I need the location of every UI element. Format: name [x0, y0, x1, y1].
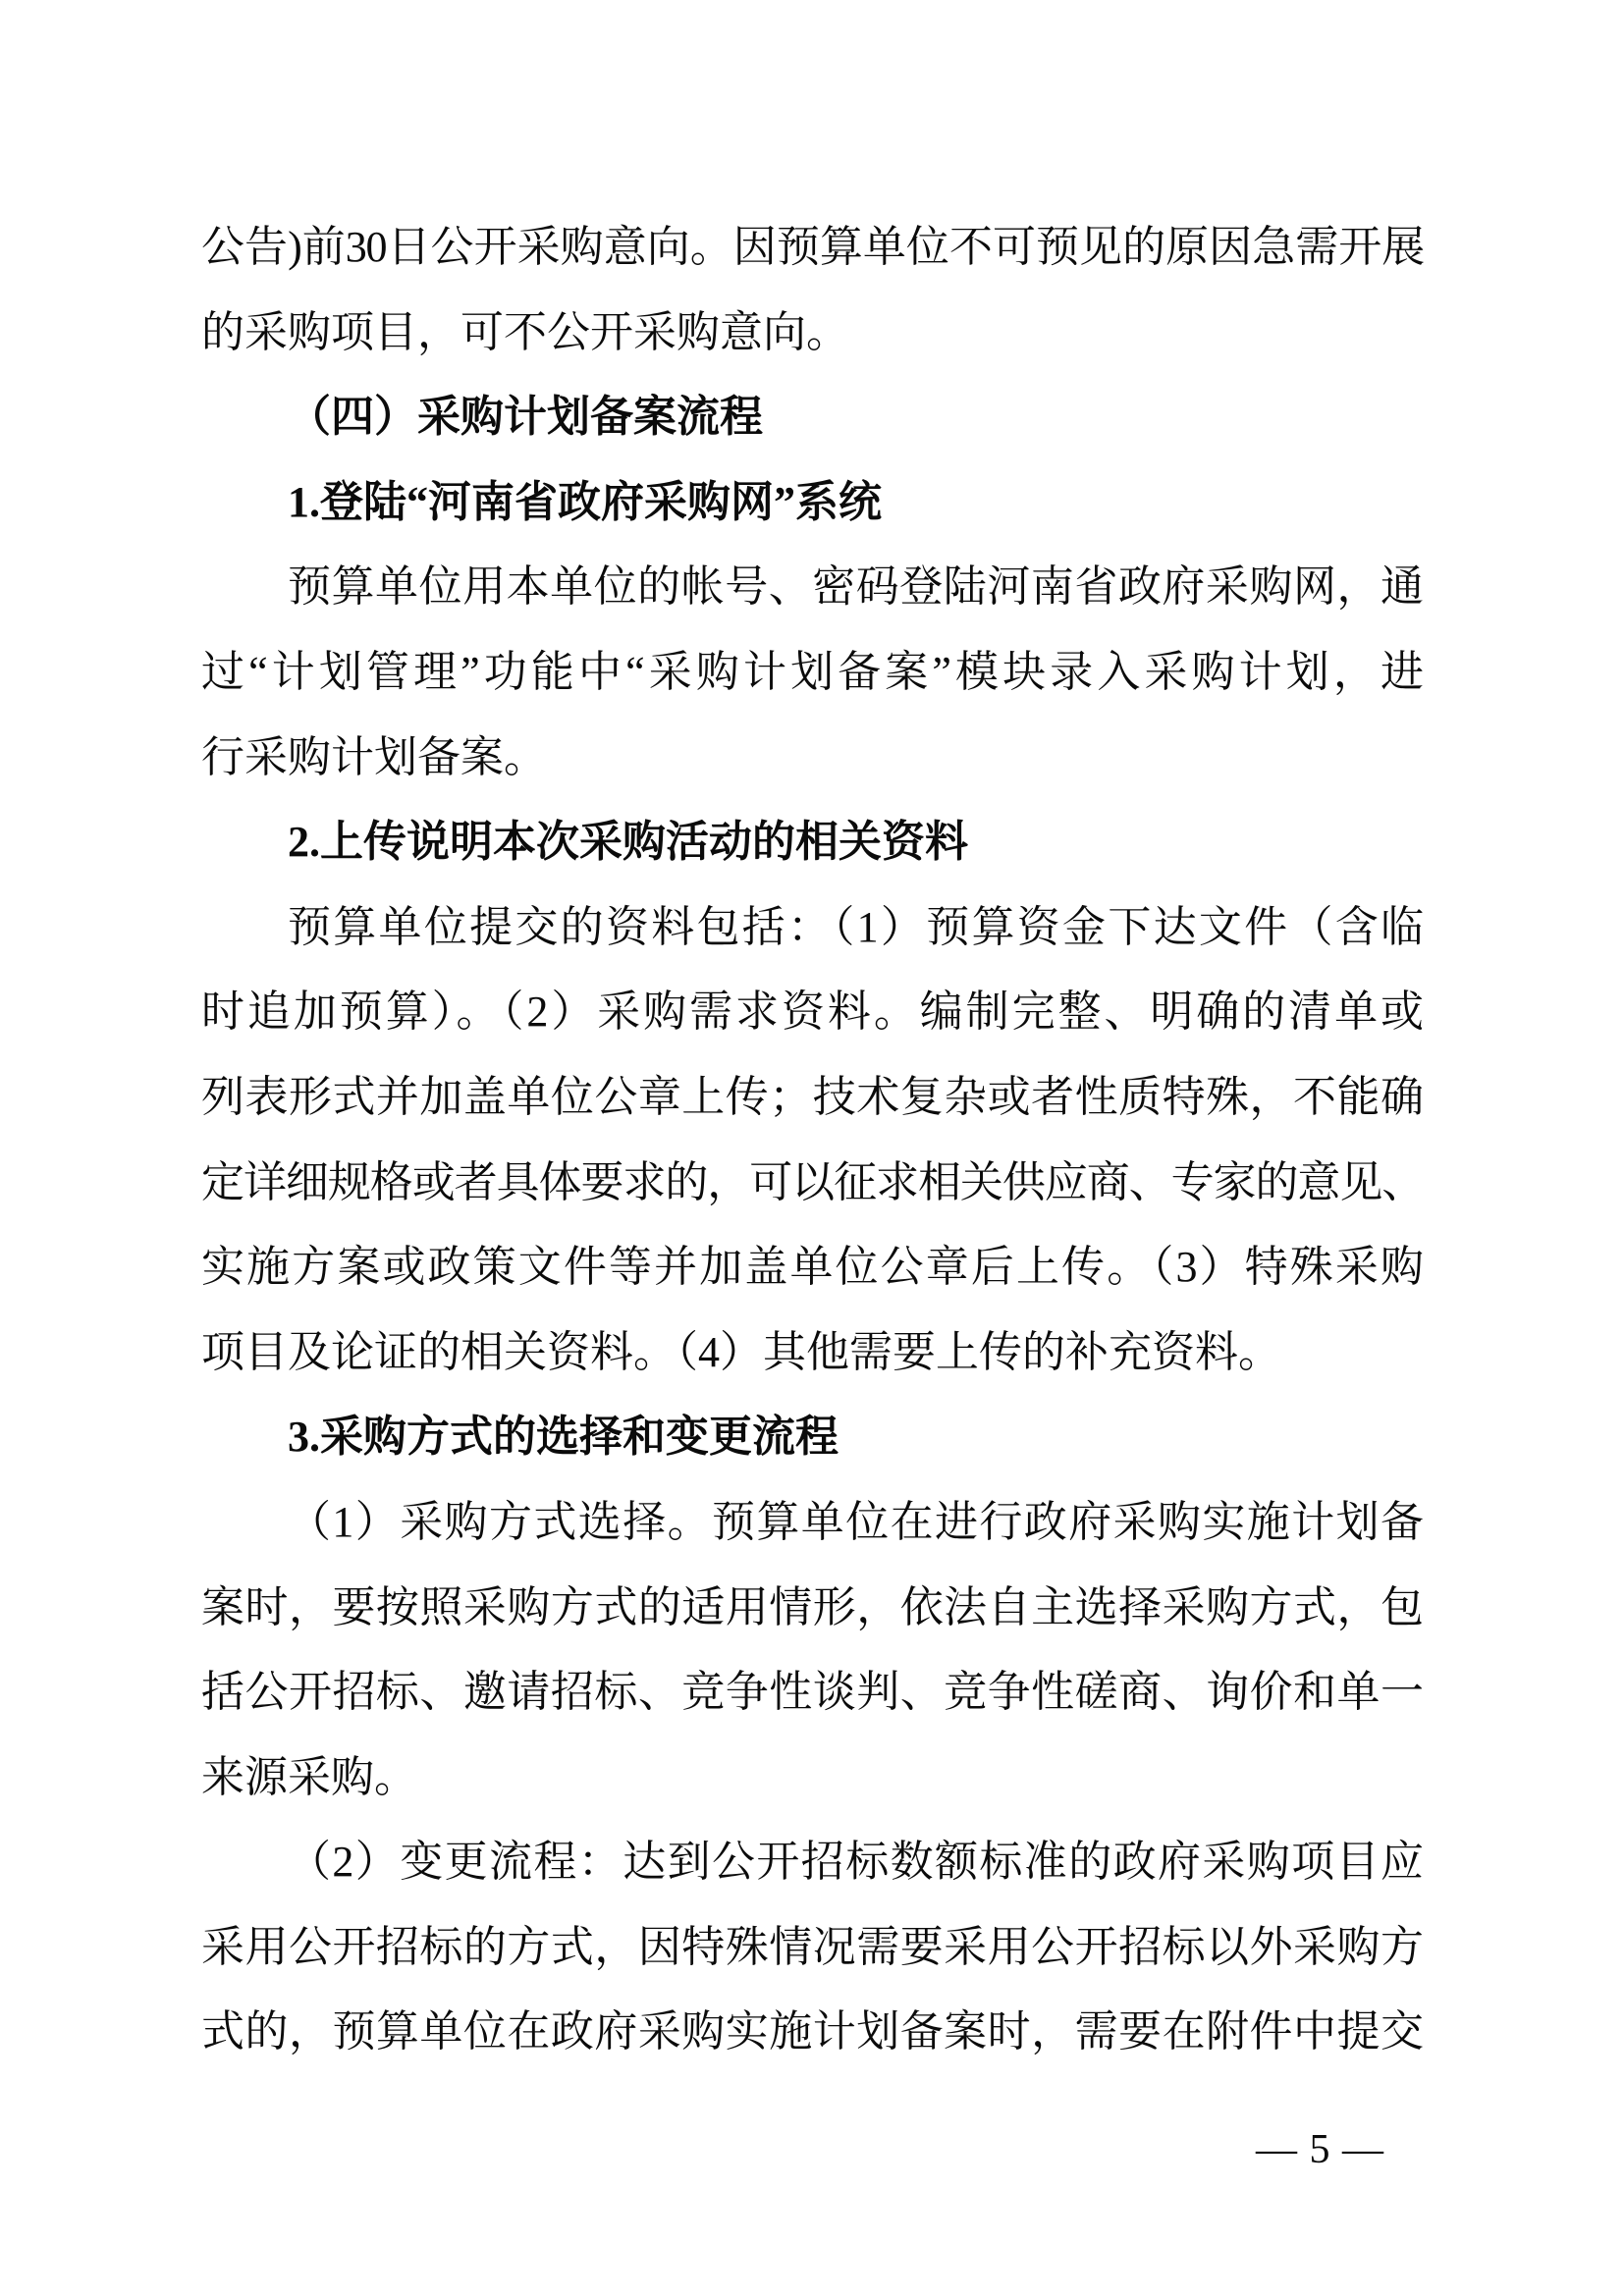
heading-line: （四）采购计划备案流程 [201, 375, 1424, 460]
text-line: （1）采购方式选择。预算单位在进行政府采购实施计划备 [201, 1480, 1424, 1566]
document-body: 公告)前30日公开采购意向。因预算单位不可预见的原因急需开展的采购项目，可不公开… [201, 205, 1424, 2075]
text-line: （2）变更流程：达到公开招标数额标准的政府采购项目应 [201, 1820, 1424, 1905]
text-line: 案时，要按照采购方式的适用情形，依法自主选择采购方式，包 [201, 1566, 1424, 1651]
page-number: — 5 — [1256, 2120, 1384, 2179]
text-line: 实施方案或政策文件等并加盖单位公章后上传。（3）特殊采购 [201, 1225, 1424, 1310]
text-line: 采用公开招标的方式，因特殊情况需要采用公开招标以外采购方 [201, 1905, 1424, 1991]
text-line: 项目及论证的相关资料。（4）其他需要上传的补充资料。 [201, 1310, 1424, 1396]
heading-line: 2.上传说明本次采购活动的相关资料 [201, 800, 1424, 885]
text-line: 行采购计划备案。 [201, 716, 1424, 801]
heading-line: 1.登陆“河南省政府采购网”系统 [201, 460, 1424, 546]
text-line: 时追加预算）。（2）采购需求资料。编制完整、明确的清单或 [201, 970, 1424, 1055]
text-line: 预算单位提交的资料包括：（1）预算资金下达文件（含临 [201, 885, 1424, 971]
document-page: 公告)前30日公开采购意向。因预算单位不可预见的原因急需开展的采购项目，可不公开… [0, 0, 1624, 2296]
text-line: 公告)前30日公开采购意向。因预算单位不可预见的原因急需开展 [201, 205, 1424, 291]
text-line: 括公开招标、邀请招标、竞争性谈判、竞争性磋商、询价和单一 [201, 1650, 1424, 1735]
text-line: 的采购项目，可不公开采购意向。 [201, 291, 1424, 376]
text-line: 列表形式并加盖单位公章上传；技术复杂或者性质特殊，不能确 [201, 1055, 1424, 1141]
text-line: 过“计划管理”功能中“采购计划备案”模块录入采购计划，进 [201, 630, 1424, 716]
text-line: 式的，预算单位在政府采购实施计划备案时，需要在附件中提交 [201, 1990, 1424, 2075]
text-line: 预算单位用本单位的帐号、密码登陆河南省政府采购网，通 [201, 545, 1424, 630]
heading-line: 3.采购方式的选择和变更流程 [201, 1395, 1424, 1480]
text-line: 来源采购。 [201, 1735, 1424, 1821]
text-line: 定详细规格或者具体要求的，可以征求相关供应商、专家的意见、 [201, 1141, 1424, 1226]
